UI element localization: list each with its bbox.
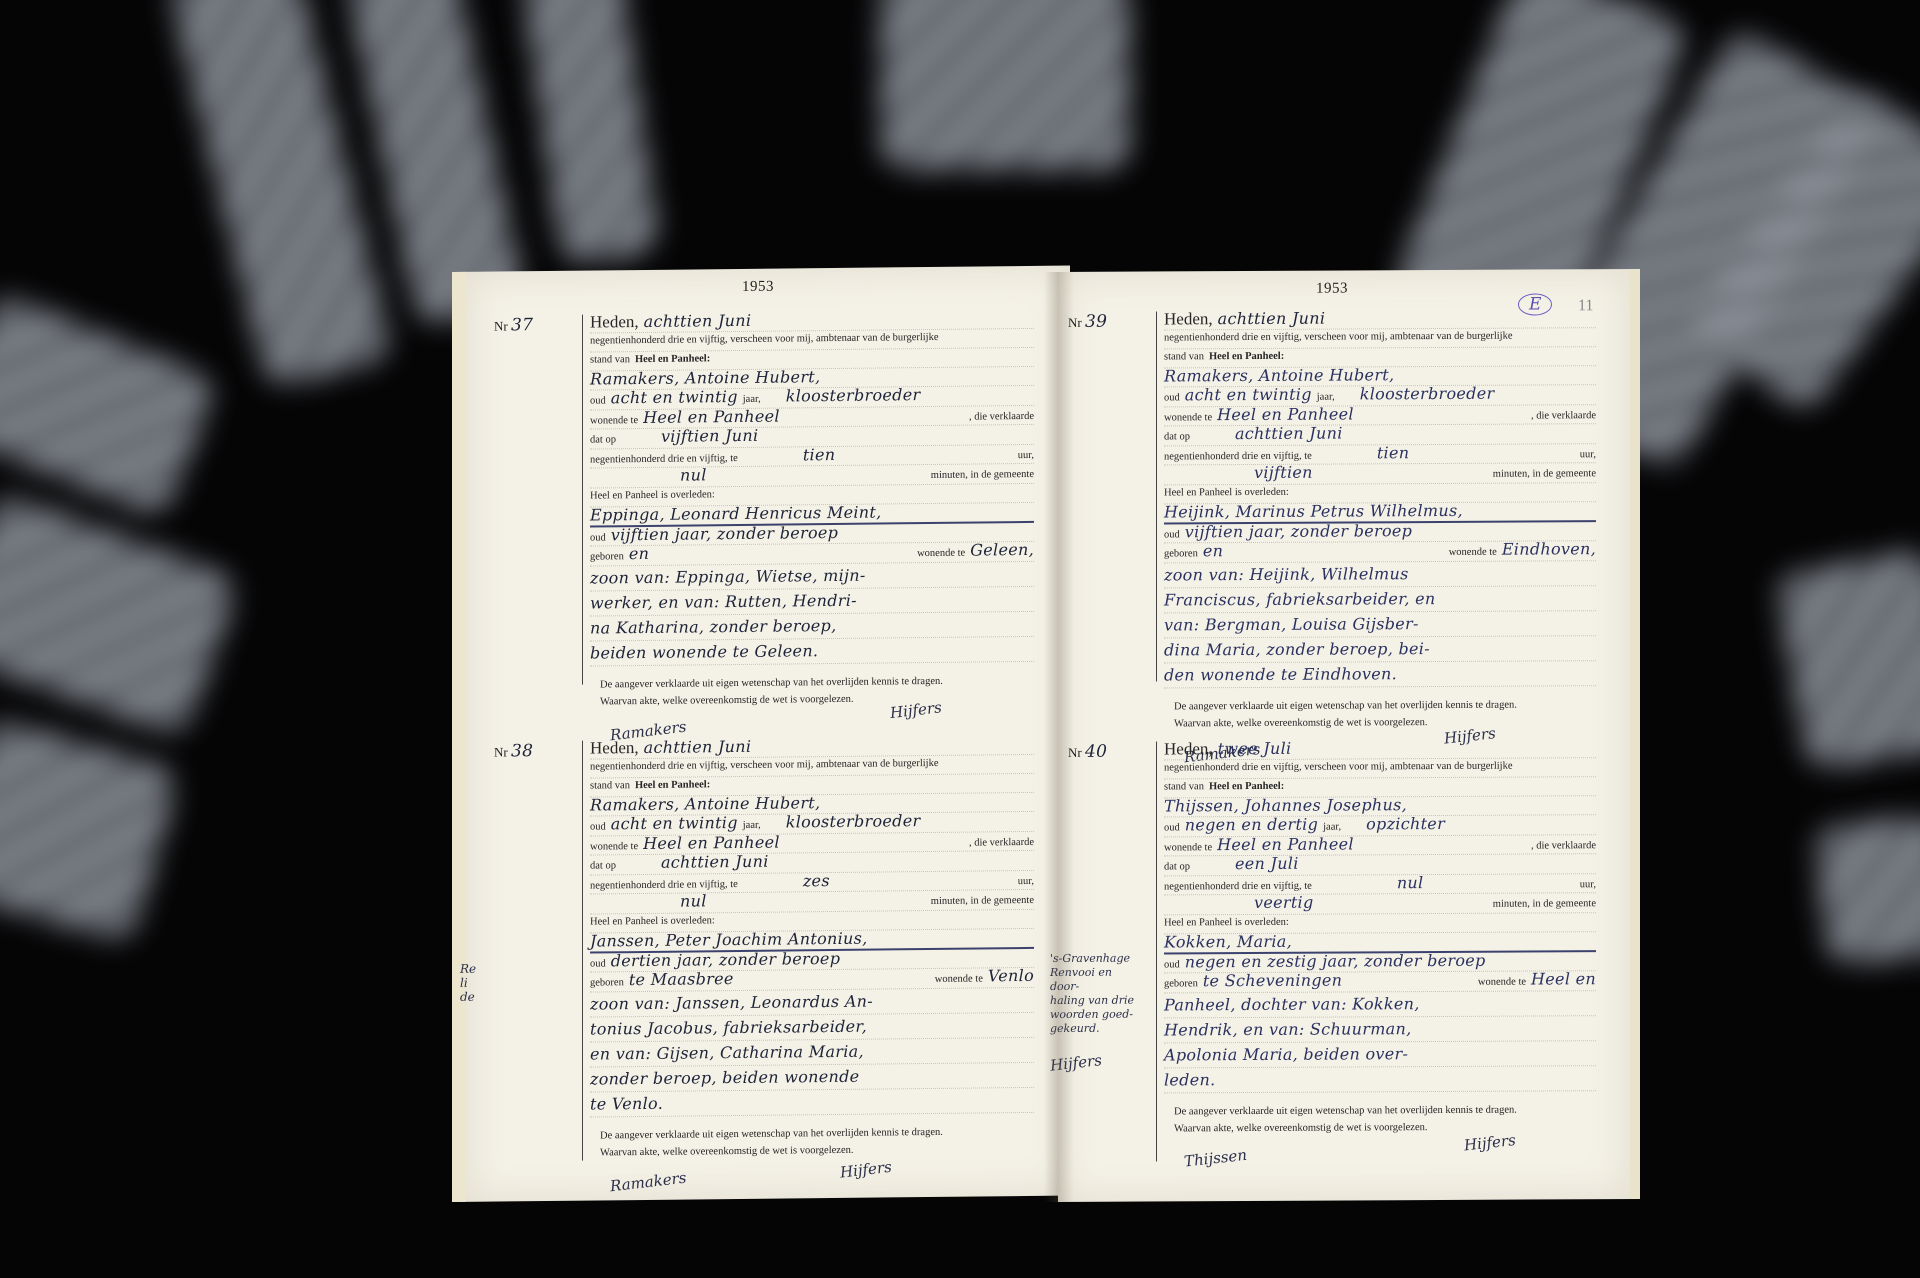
registrar-signature: Hijfers <box>1463 1132 1516 1153</box>
parents-text: Panheel, dochter van: Kokken, Hendrik, e… <box>1164 991 1596 1093</box>
declarant-name: Ramakers, Antoine Hubert, <box>1164 367 1394 384</box>
parents-text: zoon van: Eppinga, Wietse, mijn- werker,… <box>590 561 1034 666</box>
record-date: achttien Juni <box>644 313 752 330</box>
registrar-signature: Hijfers <box>889 700 942 721</box>
page-year: 1953 <box>1316 280 1348 297</box>
registrar-signature: Hijfers <box>839 1159 892 1180</box>
left-page: 1953 Nr 37 Heden,achttien Juni negentien… <box>452 266 1070 1202</box>
right-page: 1953 E 11 Nr 39 Heden,achttien Juni nege… <box>1058 269 1640 1202</box>
deceased-name: Janssen, Peter Joachim Antonius, <box>590 930 868 948</box>
page-year: 1953 <box>742 279 774 296</box>
declarant-name: Ramakers, Antoine Hubert, <box>590 369 820 387</box>
parents-text: zoon van: Janssen, Leonardus An- tonius … <box>590 987 1034 1117</box>
record-number: Nr 37 <box>494 315 574 336</box>
margin-note-fragment: Re li de <box>460 962 482 1004</box>
record-number: Nr 38 <box>494 741 574 762</box>
declarant-signature: Thijssen <box>1183 1147 1247 1169</box>
declarant-name: Thijssen, Johannes Josephus, <box>1164 797 1407 814</box>
deceased-name: Eppinga, Leonard Henricus Meint, <box>590 504 882 523</box>
deceased-name: Heijink, Marinus Petrus Wilhelmus, <box>1164 502 1463 519</box>
death-record-39: Nr 39 Heden,achttien Juni negentienhonde… <box>1068 309 1596 682</box>
deceased-name: Kokken, Maria, <box>1164 933 1292 949</box>
declarant-signature: Ramakers <box>609 1170 687 1194</box>
open-register-book: 1953 Nr 37 Heden,achttien Juni negentien… <box>452 272 1638 1202</box>
record-number: Nr 40 <box>1068 742 1148 762</box>
death-record-38: Nr 38 Heden,achttien Juni negentienhonde… <box>494 736 1034 1162</box>
parents-text: zoon van: Heijink, Wilhelmus Franciscus,… <box>1164 561 1596 688</box>
declarant-name: Ramakers, Antoine Hubert, <box>590 795 820 813</box>
death-record-40: Nr 40 Heden,twee Juli negentienhonderd d… <box>1068 739 1596 1162</box>
record-number: Nr 39 <box>1068 312 1148 332</box>
death-record-37: Nr 37 Heden,achttien Juni negentienhonde… <box>494 310 1034 686</box>
